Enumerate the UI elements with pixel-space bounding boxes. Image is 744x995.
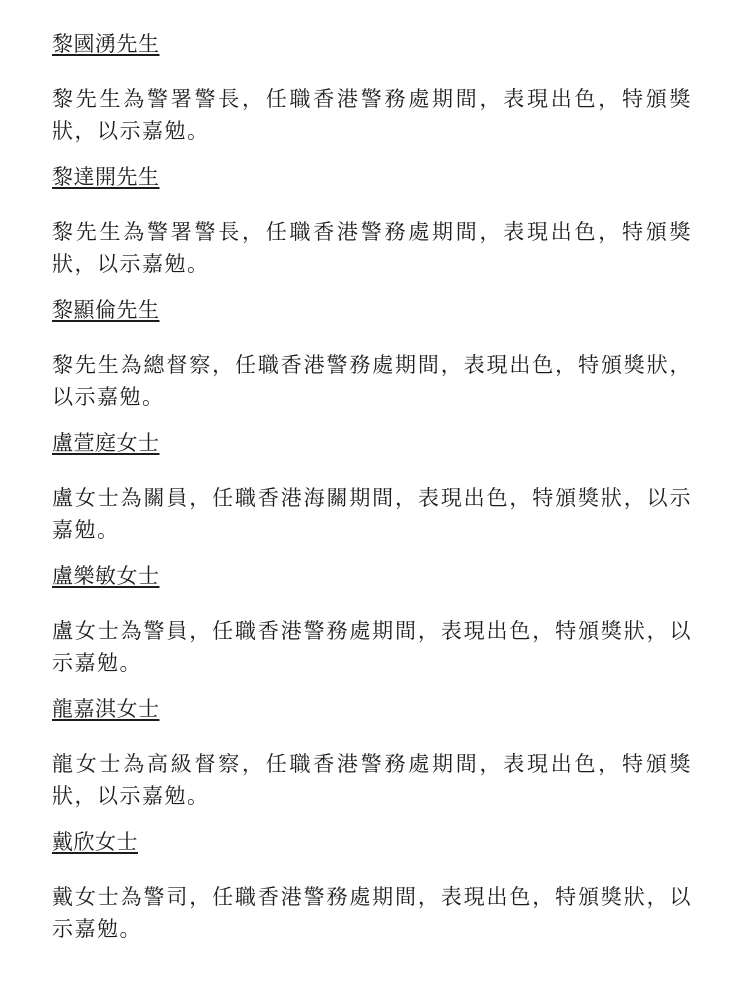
- citation-paragraph: 盧女士為警員，任職香港警務處期間，表現出色，特頒獎狀，以示嘉勉。: [52, 615, 692, 679]
- citation-paragraph: 黎先生為警署警長，任職香港警務處期間，表現出色，特頒獎狀，以示嘉勉。: [52, 216, 692, 280]
- citation-paragraph: 龍女士為高級督察，任職香港警務處期間，表現出色，特頒獎狀，以示嘉勉。: [52, 748, 692, 812]
- recipient-name-heading: 黎顯倫先生: [52, 299, 692, 322]
- citation-paragraph: 黎先生為警署警長，任職香港警務處期間，表現出色，特頒獎狀，以示嘉勉。: [52, 83, 692, 147]
- award-entry: 黎國湧先生 黎先生為警署警長，任職香港警務處期間，表現出色，特頒獎狀，以示嘉勉。: [52, 33, 692, 147]
- recipient-name-heading: 盧萱庭女士: [52, 432, 692, 455]
- award-entry: 龍嘉淇女士 龍女士為高級督察，任職香港警務處期間，表現出色，特頒獎狀，以示嘉勉。: [52, 698, 692, 812]
- recipient-name-heading: 黎國湧先生: [52, 33, 692, 56]
- citation-paragraph: 戴女士為警司，任職香港警務處期間，表現出色，特頒獎狀，以示嘉勉。: [52, 881, 692, 945]
- citation-paragraph: 盧女士為關員，任職香港海關期間，表現出色，特頒獎狀，以示嘉勉。: [52, 482, 692, 546]
- citation-paragraph: 黎先生為總督察，任職香港警務處期間，表現出色，特頒獎狀，以示嘉勉。: [52, 349, 692, 413]
- award-entry: 戴欣女士 戴女士為警司，任職香港警務處期間，表現出色，特頒獎狀，以示嘉勉。: [52, 831, 692, 945]
- recipient-name-heading: 黎達開先生: [52, 166, 692, 189]
- award-entry: 黎達開先生 黎先生為警署警長，任職香港警務處期間，表現出色，特頒獎狀，以示嘉勉。: [52, 166, 692, 280]
- recipient-name-heading: 龍嘉淇女士: [52, 698, 692, 721]
- document-page: 黎國湧先生 黎先生為警署警長，任職香港警務處期間，表現出色，特頒獎狀，以示嘉勉。…: [0, 0, 744, 985]
- recipient-name-heading: 戴欣女士: [52, 831, 692, 854]
- award-entry: 盧樂敏女士 盧女士為警員，任職香港警務處期間，表現出色，特頒獎狀，以示嘉勉。: [52, 565, 692, 679]
- award-entry: 盧萱庭女士 盧女士為關員，任職香港海關期間，表現出色，特頒獎狀，以示嘉勉。: [52, 432, 692, 546]
- award-entry: 黎顯倫先生 黎先生為總督察，任職香港警務處期間，表現出色，特頒獎狀，以示嘉勉。: [52, 299, 692, 413]
- recipient-name-heading: 盧樂敏女士: [52, 565, 692, 588]
